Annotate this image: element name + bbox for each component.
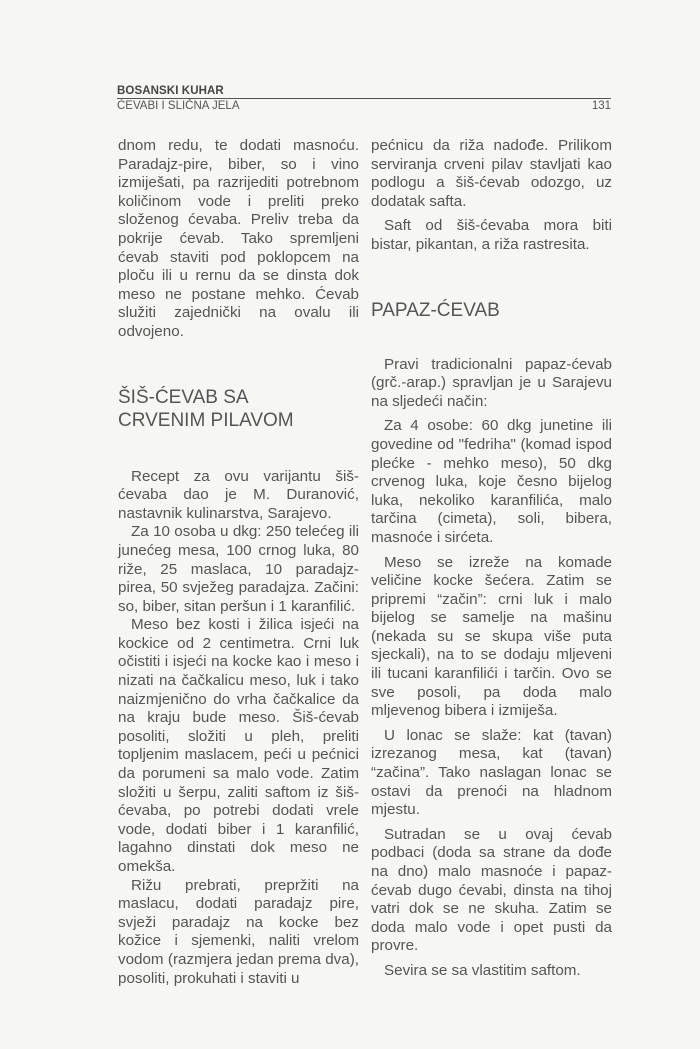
paragraph: Za 4 osobe: 60 dkg junetine ili govedine…: [371, 417, 612, 547]
paragraph: Sevira se sa vlastitim saftom.: [371, 962, 612, 981]
paragraph: Saft od šiš-ćevaba mora biti bistar, pik…: [371, 217, 612, 254]
paragraph: pećnicu da riža nadođe. Prilikom servira…: [371, 137, 612, 211]
paragraph: U lonac se slaže: kat (tavan) izrezanog …: [371, 727, 612, 820]
paragraph: Pravi tradicionalni papaz-ćevab (grč.-ar…: [371, 356, 612, 412]
heading-line: CRVENIM PILAVOM: [118, 410, 294, 431]
paragraph: Za 10 osoba u dkg: 250 telećeg ili juneć…: [118, 523, 359, 616]
header-subrow: ĆEVABI I SLIČNA JELA 131: [117, 99, 611, 113]
book-title: BOSANSKI KUHAR: [117, 85, 611, 98]
heading-line: ŠIŠ-ĆEVAB SA: [118, 387, 249, 408]
left-column: dnom redu, te dodati masnoću. Paradajz-p…: [118, 137, 359, 988]
recipe-heading-sis-cevab: ŠIŠ-ĆEVAB SA CRVENIM PILAVOM: [118, 386, 359, 432]
page-number: 131: [592, 99, 611, 113]
running-header: BOSANSKI KUHAR ĆEVABI I SLIČNA JELA 131: [117, 85, 611, 113]
paragraph: Meso bez kosti i žilica isjeći na kockic…: [118, 616, 359, 876]
paragraph: Rižu prebrati, prepržiti na maslacu, dod…: [118, 877, 359, 989]
paragraph: Recept za ovu varijantu šiš-ćevaba dao j…: [118, 468, 359, 524]
chapter-title: ĆEVABI I SLIČNA JELA: [117, 99, 240, 113]
right-column: pećnicu da riža nadođe. Prilikom servira…: [371, 137, 612, 981]
paragraph: Sutradan se u ovaj ćevab podbaci (doda s…: [371, 826, 612, 956]
paragraph: Meso se izreže na komade veličine kocke …: [371, 554, 612, 721]
paragraph: dnom redu, te dodati masnoću. Paradajz-p…: [118, 137, 359, 342]
recipe-heading-papaz-cevab: PAPAZ-ĆEVAB: [371, 299, 612, 322]
